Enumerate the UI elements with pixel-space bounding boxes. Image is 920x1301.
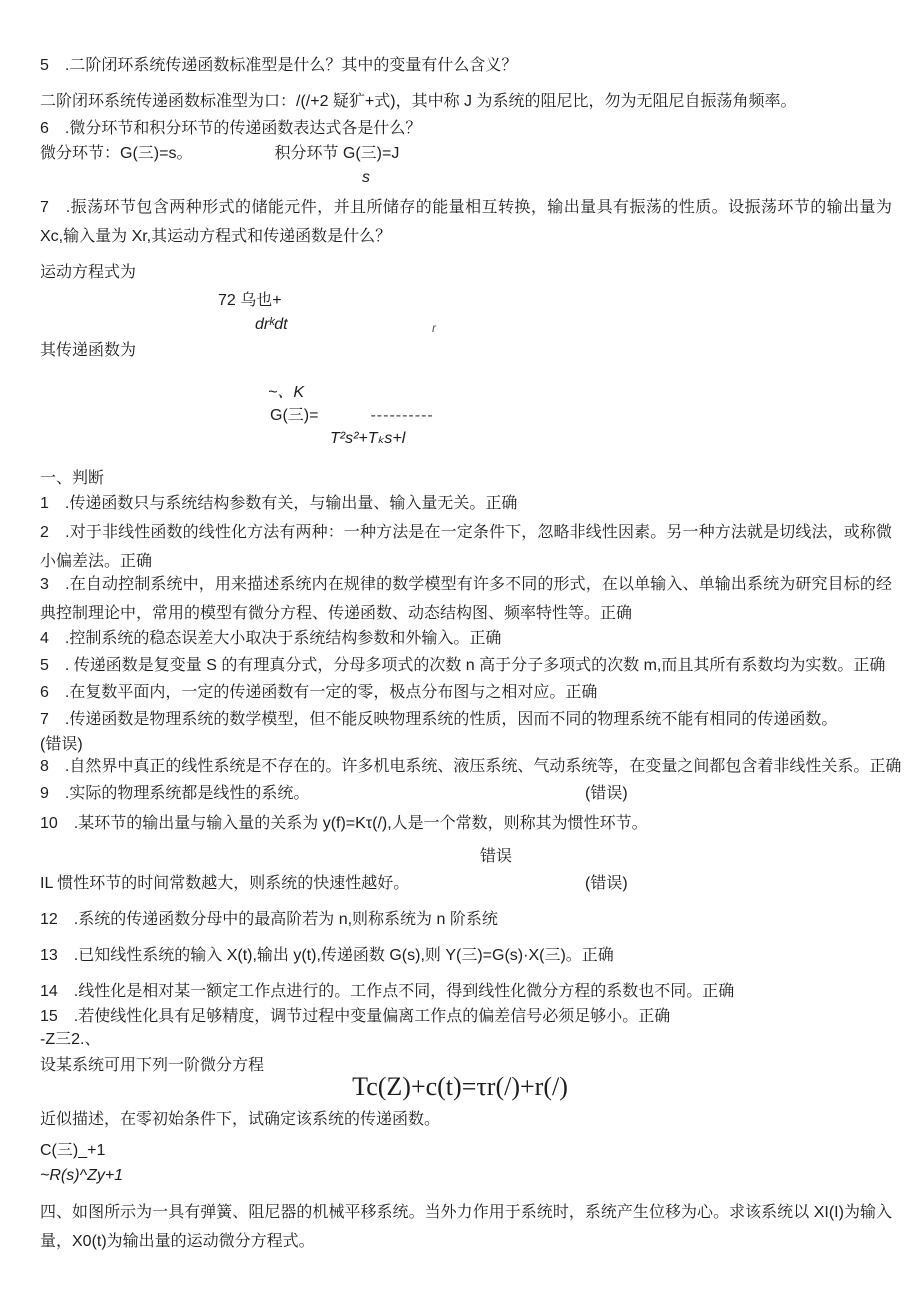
judgement-item-10: 10 .某环节的输出量与输入量的关系为 y(f)=Kτ(/),人是一个常数，则称…	[40, 813, 648, 835]
tf-denominator: T²s²+Tₖs+l	[330, 428, 405, 450]
judgement-verdict-7: (错误)	[40, 734, 83, 756]
judgement-verdict-9: (错误)	[585, 783, 628, 805]
tf-numerator: ~、K	[268, 382, 304, 404]
judgement-item-8: 8 .自然界中真正的线性系统是不存在的。许多机电系统、液压系统、气动系统等，在变…	[40, 756, 901, 778]
judgement-item-15: 15 .若使线性化具有足够精度，调节过程中变量偏离工作点的偏差信号必须足够小。正…	[40, 1006, 670, 1028]
document-page: 5 .二阶闭环系统传递函数标准型是什么？其中的变量有什么含义？ 二阶闭环系统传递…	[0, 0, 920, 1301]
judgement-item-4: 4 .控制系统的稳态误差大小取决于系统结构参数和外输入。正确	[40, 628, 501, 650]
problem3-equation: Tc(Z)+c(t)=τr(/)+r(/)	[0, 1076, 920, 1098]
judgement-item-2: 2 .对于非线性函数的线性化方法有两种：一种方法是在一定条件下，忽略非线性因素。…	[40, 519, 892, 576]
problem3-answer-numerator: C(三)_+1	[40, 1140, 105, 1162]
judgement-item-12: 12 .系统的传递函数分母中的最高阶若为 n,则称系统为 n 阶系统	[40, 909, 498, 931]
transfer-function-label: 其传递函数为	[40, 340, 136, 362]
judgement-item-1: 1 .传递函数只与系统结构参数有关，与输出量、输入量无关。正确	[40, 493, 517, 515]
question-5: 5 .二阶闭环系统传递函数标准型是什么？其中的变量有什么含义？	[40, 55, 517, 77]
problem3-marker: -Z三2.、	[40, 1029, 100, 1051]
judgement-item-9-text: 9 .实际的物理系统都是线性的系统。	[40, 785, 309, 802]
judgement-item-11: IL 惯性环节的时间常数越大，则系统的快速性越好。 (错误)	[40, 873, 892, 895]
integral-denominator: s	[362, 167, 370, 189]
judgement-item-11-text: IL 惯性环节的时间常数越大，则系统的快速性越好。	[40, 875, 409, 892]
tf-fraction-bar: ----------	[370, 407, 433, 424]
judgement-item-7: 7 .传递函数是物理系统的数学模型，但不能反映物理系统的性质，因而不同的物理系统…	[40, 709, 837, 731]
differential-element-answer: 微分环节：G(三)=s。	[40, 145, 192, 162]
problem3-intro: 设某系统可用下列一阶微分方程	[40, 1055, 264, 1077]
judgement-verdict-10: 错误	[480, 846, 512, 868]
answer-6: 微分环节：G(三)=s。积分环节 G(三)=J	[40, 143, 399, 165]
answer-5: 二阶闭环系统传递函数标准型为口：/(/+2 疑犷+式)，其中称 J 为系统的阻尼…	[40, 91, 898, 113]
judgement-item-5: 5 . 传递函数是复变量 S 的有理真分式，分母多项式的次数 n 高于分子多项式…	[40, 655, 885, 677]
integral-element-answer: 积分环节 G(三)=J	[274, 145, 399, 162]
question-7: 7 .振荡环节包含两种形式的储能元件，并且所储存的能量相互转换，输出量具有振荡的…	[40, 194, 892, 251]
tf-lhs: G(三)=	[270, 407, 318, 424]
judgement-item-9: 9 .实际的物理系统都是线性的系统。 (错误)	[40, 783, 892, 805]
judgement-item-14: 14 .线性化是相对某一额定工作点进行的。工作点不同，得到线性化微分方程的系数也…	[40, 981, 734, 1003]
question-6: 6 .微分环节和积分环节的传递函数表达式各是什么？	[40, 118, 421, 140]
motion-equation-label: 运动方程式为	[40, 262, 136, 284]
judgement-item-3: 3 .在自动控制系统中，用来描述系统内在规律的数学模型有许多不同的形式，在以单输…	[40, 571, 892, 628]
tf-equation-line: G(三)=----------	[270, 405, 434, 427]
motion-equation-line1: 72 乌也+	[218, 290, 282, 312]
judgement-verdict-11: (错误)	[585, 873, 628, 895]
problem3-answer-denominator: ~R(s)^Zy+1	[40, 1165, 123, 1187]
motion-equation-residual: r	[432, 317, 436, 339]
problem4-text: 四、如图所示为一具有弹簧、阻尼器的机械平移系统。当外力作用于系统时，系统产生位移…	[40, 1199, 892, 1256]
judgement-item-13: 13 .已知线性系统的输入 X(t),输出 y(t),传递函数 G(s),则 Y…	[40, 945, 614, 967]
motion-equation-line2: drᵏdt	[255, 314, 288, 336]
judgement-item-6: 6 .在复数平面内，一定的传递函数有一定的零，极点分布图与之相对应。正确	[40, 682, 597, 704]
judgement-heading: 一、判断	[40, 468, 104, 490]
problem3-outro: 近似描述，在零初始条件下，试确定该系统的传递函数。	[40, 1109, 440, 1131]
